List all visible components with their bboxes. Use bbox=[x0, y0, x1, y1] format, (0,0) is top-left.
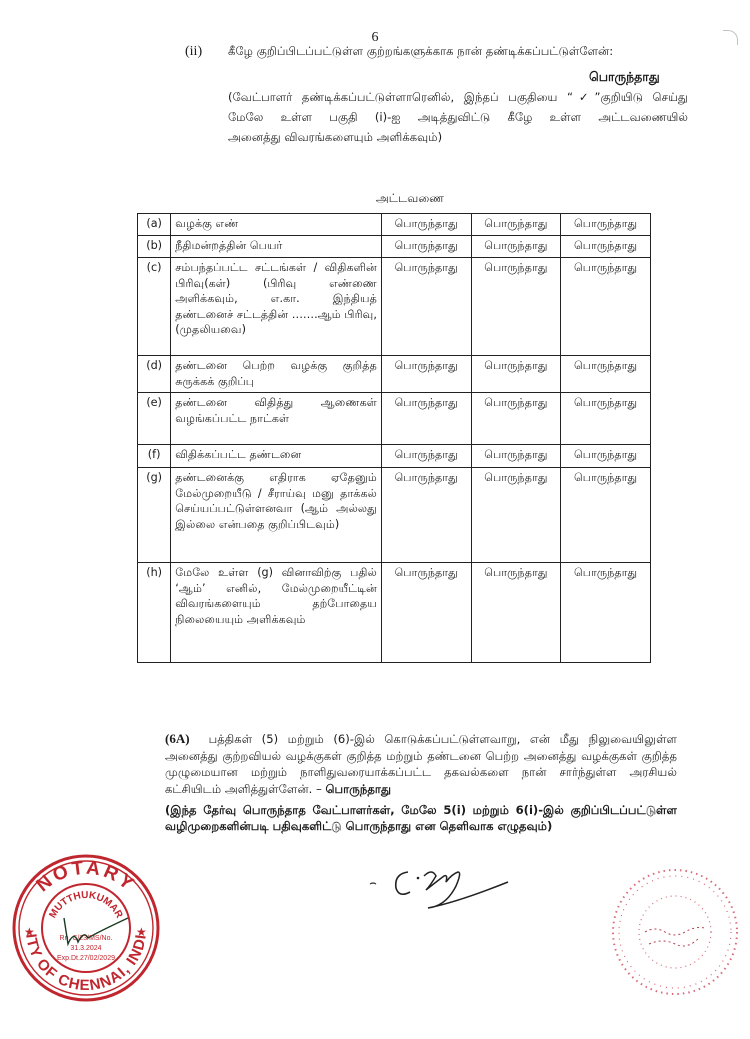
instruction-note: (இந்த தேர்வு பொருந்தாத வேட்பாளர்கள், மேல… bbox=[165, 802, 677, 834]
table-row: (f)விதிக்கப்பட்ட தண்டனைபொருந்தாதுபொருந்த… bbox=[138, 445, 651, 468]
notary-seal: NOTARY CITY OF CHENNAI, INDIA MUTTHUKUMA… bbox=[10, 852, 162, 1004]
row-index: (g) bbox=[138, 468, 171, 563]
note-line-3: அனைத்து விவரங்களையும் அளிக்கவும்) bbox=[228, 127, 688, 147]
row-index: (d) bbox=[138, 356, 171, 393]
row-label: மேலே உள்ள (g) வினாவிற்கு பதில் ‘ஆம்’ எனி… bbox=[171, 563, 382, 663]
row-value: பொருந்தாது bbox=[471, 468, 561, 563]
row-label: விதிக்கப்பட்ட தண்டனை bbox=[171, 445, 382, 468]
svg-text:★: ★ bbox=[24, 925, 35, 939]
row-value: பொருந்தாது bbox=[471, 236, 561, 258]
row-value: பொருந்தாது bbox=[471, 563, 561, 663]
signature bbox=[368, 862, 528, 912]
row-value: பொருந்தாது bbox=[561, 236, 651, 258]
row-index: (a) bbox=[138, 214, 171, 236]
table-title: அட்டவணை bbox=[0, 191, 750, 207]
row-value: பொருந்தாது bbox=[561, 468, 651, 563]
row-value: பொருந்தாது bbox=[381, 393, 471, 445]
row-label: தண்டனைக்கு எதிராக ஏதேனும் மேல்முறையீடு /… bbox=[171, 468, 382, 563]
row-value: பொருந்தாது bbox=[471, 258, 561, 356]
faded-seal bbox=[605, 862, 745, 1002]
row-value: பொருந்தாது bbox=[381, 214, 471, 236]
table-row: (e)தண்டனை விதித்து ஆணைகள் வழங்கப்பட்ட நா… bbox=[138, 393, 651, 445]
row-value: பொருந்தாது bbox=[381, 468, 471, 563]
section-6a-label: (6A) bbox=[165, 731, 190, 746]
section-6a-value: பொருந்தாது bbox=[325, 782, 391, 796]
row-value: பொருந்தாது bbox=[381, 356, 471, 393]
table-row: (h)மேலே உள்ள (g) வினாவிற்கு பதில் ‘ஆம்’ … bbox=[138, 563, 651, 663]
row-value: பொருந்தாது bbox=[561, 393, 651, 445]
row-value: பொருந்தாது bbox=[561, 214, 651, 236]
row-label: நீதிமன்றத்தின் பெயர் bbox=[171, 236, 382, 258]
row-label: தண்டனை விதித்து ஆணைகள் வழங்கப்பட்ட நாட்க… bbox=[171, 393, 382, 445]
table-row: (a)வழக்கு எண்பொருந்தாதுபொருந்தாதுபொருந்த… bbox=[138, 214, 651, 236]
table-row: (g)தண்டனைக்கு எதிராக ஏதேனும் மேல்முறையீட… bbox=[138, 468, 651, 563]
section-6a: (6A) பத்திகள் (5) மற்றும் (6)-இல் கொடுக்… bbox=[165, 731, 677, 797]
note-line-2: மேலே உள்ள பகுதி (i)-ஐ அடித்துவிட்டு கீழே… bbox=[228, 107, 688, 127]
row-value: பொருந்தாது bbox=[561, 356, 651, 393]
row-index: (h) bbox=[138, 563, 171, 663]
table-row: (b)நீதிமன்றத்தின் பெயர்பொருந்தாதுபொருந்த… bbox=[138, 236, 651, 258]
note-line-1: (வேட்பாளர் தண்டிக்கப்பட்டுள்ளாரெனில், இந… bbox=[228, 87, 688, 107]
row-value: பொருந்தாது bbox=[471, 393, 561, 445]
table-row: (c)சம்பந்தப்பட்ட சட்டங்கள் / விதிகளின் ப… bbox=[138, 258, 651, 356]
svg-text:★: ★ bbox=[136, 925, 147, 939]
row-value: பொருந்தாது bbox=[381, 445, 471, 468]
row-index: (e) bbox=[138, 393, 171, 445]
row-value: பொருந்தாது bbox=[561, 563, 651, 663]
row-value: பொருந்தாது bbox=[381, 258, 471, 356]
row-value: பொருந்தாது bbox=[381, 236, 471, 258]
row-value: பொருந்தாது bbox=[471, 445, 561, 468]
row-value: பொருந்தாது bbox=[561, 445, 651, 468]
row-label: தண்டனை பெற்ற வழக்கு குறித்த சுருக்கக் கு… bbox=[171, 356, 382, 393]
convictions-table: (a)வழக்கு எண்பொருந்தாதுபொருந்தாதுபொருந்த… bbox=[137, 213, 651, 663]
table-row: (d)தண்டனை பெற்ற வழக்கு குறித்த சுருக்கக்… bbox=[138, 356, 651, 393]
section-ii-statement: கீழே குறிப்பிடப்பட்டுள்ள குற்றங்களுக்காக… bbox=[228, 44, 613, 60]
row-value: பொருந்தாது bbox=[381, 563, 471, 663]
row-value: பொருந்தாது bbox=[561, 258, 651, 356]
svg-text:31.3.2024: 31.3.2024 bbox=[70, 945, 101, 952]
row-value: பொருந்தாது bbox=[471, 356, 561, 393]
section-ii-value: பொருந்தாது bbox=[589, 69, 660, 86]
row-value: பொருந்தாது bbox=[471, 214, 561, 236]
row-index: (c) bbox=[138, 258, 171, 356]
row-label: சம்பந்தப்பட்ட சட்டங்கள் / விதிகளின் பிரி… bbox=[171, 258, 382, 356]
row-index: (f) bbox=[138, 445, 171, 468]
row-label: வழக்கு எண் bbox=[171, 214, 382, 236]
section-6a-text: பத்திகள் (5) மற்றும் (6)-இல் கொடுக்கப்பட… bbox=[165, 732, 677, 796]
svg-text:Exp.Dt.27/02/2029: Exp.Dt.27/02/2029 bbox=[57, 955, 115, 962]
row-index: (b) bbox=[138, 236, 171, 258]
section-ii-note: (வேட்பாளர் தண்டிக்கப்பட்டுள்ளாரெனில், இந… bbox=[228, 87, 688, 147]
section-ii-label: (ii) bbox=[185, 44, 202, 60]
